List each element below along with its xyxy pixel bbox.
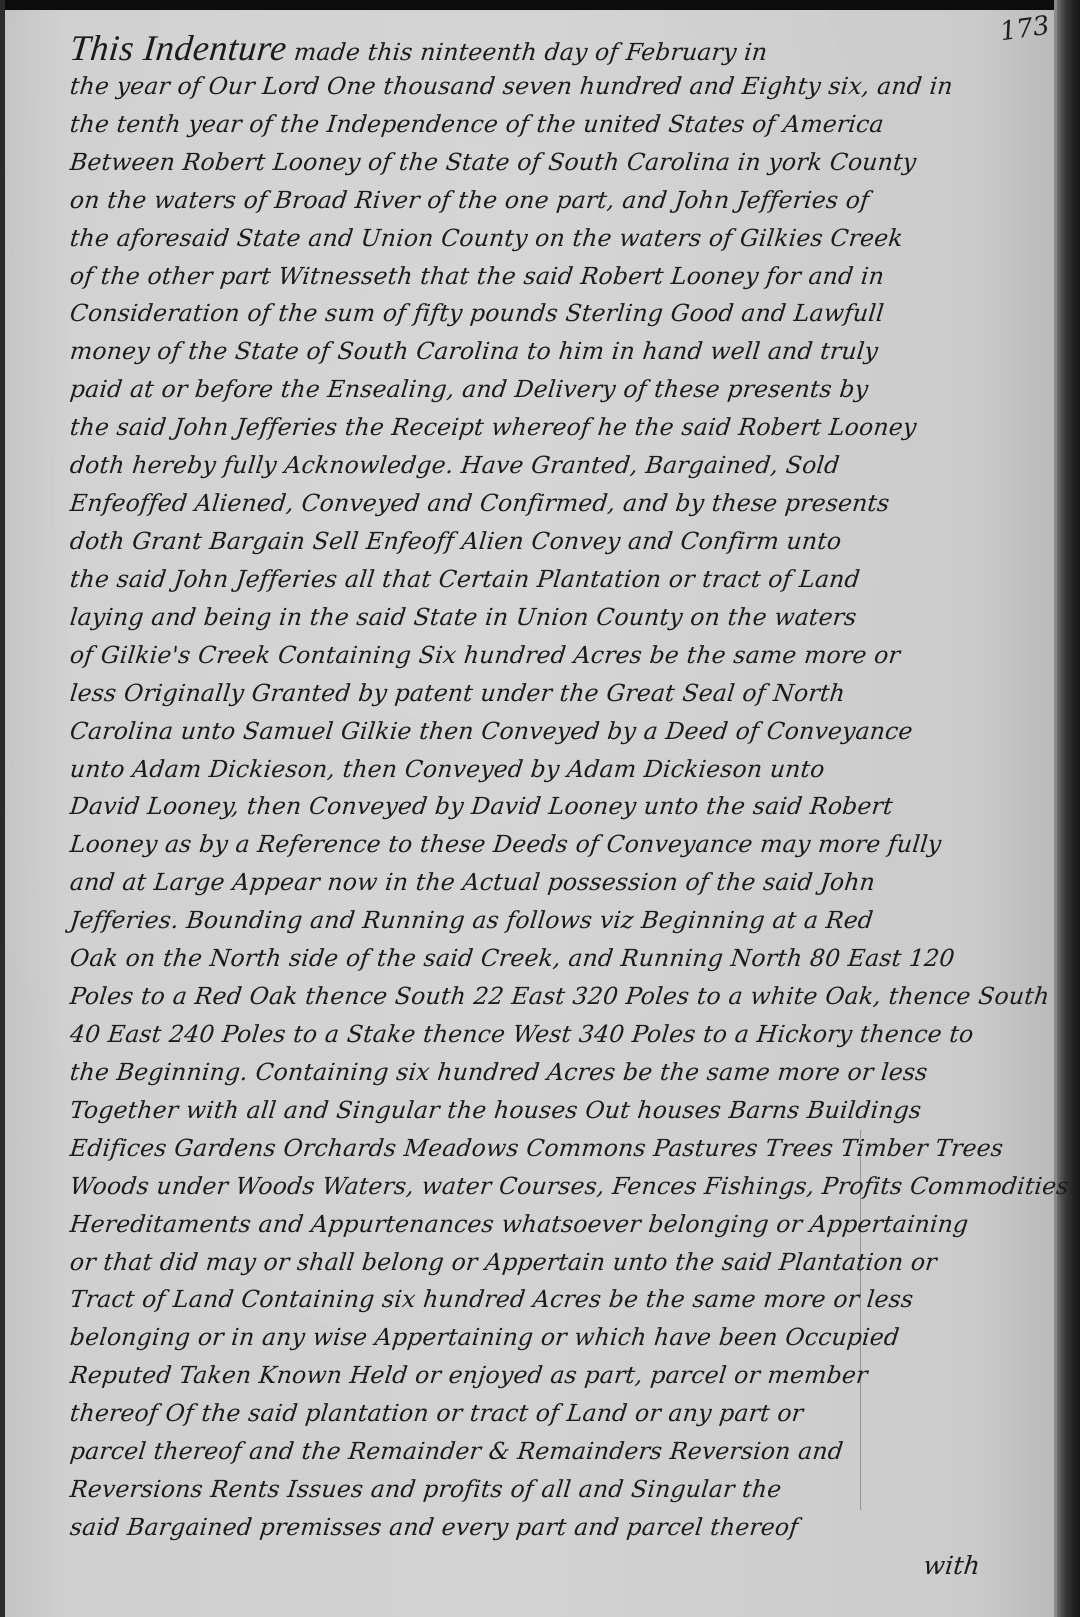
text-line: Reputed Taken Known Held or enjoyed as p… [68,1357,1052,1395]
text-line: Poles to a Red Oak thence South 22 East … [68,978,1052,1016]
text-line: the tenth year of the Independence of th… [68,106,1052,144]
text-line: Carolina unto Samuel Gilkie then Conveye… [68,713,1052,751]
text-line: laying and being in the said State in Un… [68,599,1052,637]
text-line: 40 East 240 Poles to a Stake thence West… [68,1016,1052,1054]
catchword: with [68,1547,1052,1585]
text-line: Reversions Rents Issues and profits of a… [68,1471,1052,1509]
text-line: Tract of Land Containing six hundred Acr… [68,1281,1052,1319]
text-line: Consideration of the sum of fifty pounds… [68,295,1052,333]
text-line: unto Adam Dickieson, then Conveyed by Ad… [68,751,1052,789]
scan-top-border [0,0,1080,10]
book-binding [1057,0,1080,1617]
text-line: of Gilkie's Creek Containing Six hundred… [68,637,1052,675]
text-line: the Beginning. Containing six hundred Ac… [68,1054,1052,1092]
text-line: the said John Jefferies the Receipt wher… [68,409,1052,447]
scanned-page: 173 This Indenture made this ninteenth d… [0,0,1080,1617]
text-line: Together with all and Singular the house… [68,1092,1052,1130]
text-line: doth Grant Bargain Sell Enfeoff Alien Co… [68,523,1052,561]
text-line: of the other part Witnesseth that the sa… [68,258,1052,296]
text-line: the year of Our Lord One thousand seven … [68,68,1052,106]
text-line: on the waters of Broad River of the one … [68,182,1052,220]
text-line: Jefferies. Bounding and Running as follo… [68,902,1052,940]
text-line: money of the State of South Carolina to … [68,333,1052,371]
text-line: David Looney, then Conveyed by David Loo… [68,788,1052,826]
text-line: said Bargained premisses and every part … [68,1509,1052,1547]
text-line: less Originally Granted by patent under … [68,675,1052,713]
text-line: the aforesaid State and Union County on … [68,220,1052,258]
deed-heading: This Indenture [68,28,289,68]
text-line: Hereditaments and Appurtenances whatsoev… [68,1206,1052,1244]
line-text: made this ninteenth day of February in [293,38,769,66]
text-line: thereof Of the said plantation or tract … [68,1395,1052,1433]
text-line: the said John Jefferies all that Certain… [68,561,1052,599]
text-line: paid at or before the Ensealing, and Del… [68,371,1052,409]
text-line: Looney as by a Reference to these Deeds … [68,826,1052,864]
text-line: Between Robert Looney of the State of So… [68,144,1052,182]
text-line: Enfeoffed Aliened, Conveyed and Confirme… [68,485,1052,523]
deed-text: This Indenture made this ninteenth day o… [68,30,1048,1585]
text-line: parcel thereof and the Remainder & Remai… [68,1433,1052,1471]
text-line: belonging or in any wise Appertaining or… [68,1319,1052,1357]
text-line: doth hereby fully Acknowledge. Have Gran… [68,447,1052,485]
text-line: Edifices Gardens Orchards Meadows Common… [68,1130,1052,1168]
text-line: and at Large Appear now in the Actual po… [68,864,1052,902]
text-line: Oak on the North side of the said Creek,… [68,940,1052,978]
text-line-1: This Indenture made this ninteenth day o… [68,30,1052,68]
text-line: Woods under Woods Waters, water Courses,… [68,1168,1052,1206]
text-line: or that did may or shall belong or Apper… [68,1244,1052,1282]
